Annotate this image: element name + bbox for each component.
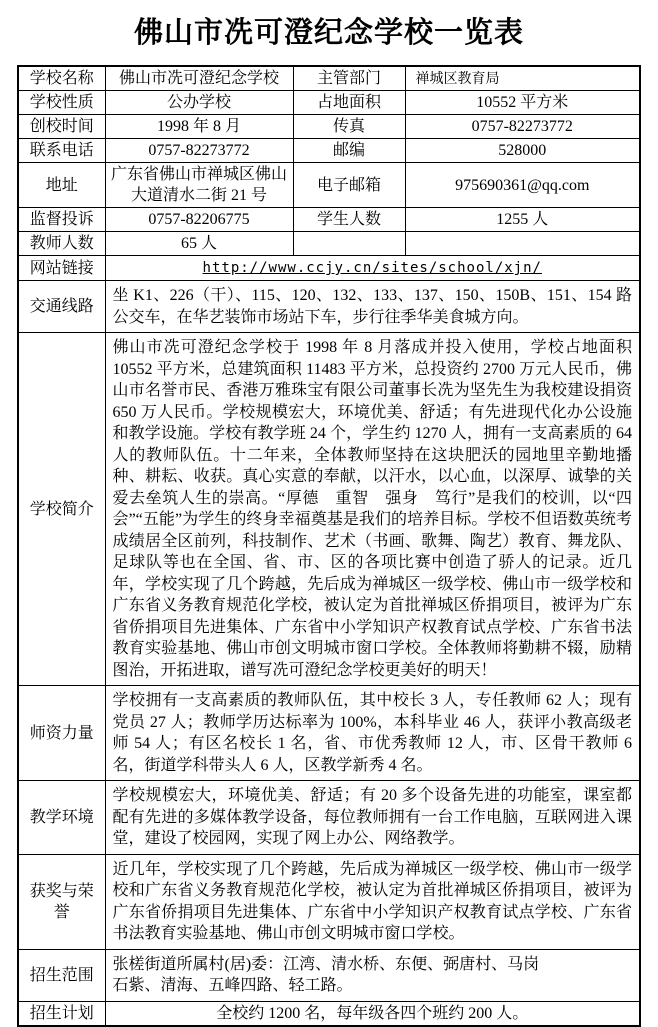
row-value: 佛山市冼可澄纪念学校 (105, 66, 293, 91)
section-text-transport: 坐 K1、226（干）、115、120、132、133、137、150、150B… (105, 281, 640, 333)
row-label: 学校性质 (18, 91, 105, 115)
page-title: 佛山市冼可澄纪念学校一览表 (0, 10, 658, 51)
row-value: 10552 平方米 (405, 91, 640, 115)
row-value-department: 禅城区教育局 (405, 66, 640, 91)
table-row-teachers: 教师人数 65 人 (18, 232, 640, 256)
website-link[interactable]: http://www.ccjy.cn/sites/school/xjn/ (203, 260, 542, 276)
row-value: 528000 (405, 139, 640, 163)
row-label: 创校时间 (18, 115, 105, 139)
table-row-transport: 交通线路 坐 K1、226（干）、115、120、132、133、137、150… (18, 281, 640, 333)
row-label: 学校名称 (18, 66, 105, 91)
row-label: 交通线路 (18, 281, 105, 333)
row-value (405, 232, 640, 256)
row-value: 1255 人 (405, 208, 640, 232)
row-value: 公办学校 (105, 91, 293, 115)
table-row-complaints: 监督投诉 0757-82206775 学生人数 1255 人 (18, 208, 640, 232)
section-text-enrollment-plan: 全校约 1200 名，每年级各四个班约 200 人。 (105, 1001, 640, 1026)
row-value: 广东省佛山市禅城区佛山大道清水二街 21 号 (105, 163, 293, 208)
table-row-school-intro: 学校简介 佛山市冼可澄纪念学校于 1998 年 8 月落成并投入使用，学校占地面… (18, 333, 640, 686)
section-text-awards: 近几年，学校实现了几个跨越，先后成为禅城区一级学校、佛山市一级学校和广东省义务教… (105, 854, 640, 949)
row-label: 学生人数 (293, 208, 405, 232)
row-label: 网站链接 (18, 256, 105, 281)
table-row-enrollment-area: 招生范围 张槎街道所属村(居)委：江湾、清水桥、东便、弼唐村、马岗 石紫、清海、… (18, 949, 640, 1001)
section-text-enrollment-area: 张槎街道所属村(居)委：江湾、清水桥、东便、弼唐村、马岗 石紫、清海、五峰四路、… (105, 949, 640, 1001)
table-row-awards: 获奖与荣誉 近几年，学校实现了几个跨越，先后成为禅城区一级学校、佛山市一级学校和… (18, 854, 640, 949)
row-label: 电子邮箱 (293, 163, 405, 208)
row-label: 师资力量 (18, 686, 105, 781)
row-label: 教学环境 (18, 781, 105, 855)
row-label: 教师人数 (18, 232, 105, 256)
row-label: 学校简介 (18, 333, 105, 686)
table-row-faculty: 师资力量 学校拥有一支高素质的教师队伍，其中校长 3 人，专任教师 62 人；现… (18, 686, 640, 781)
row-label: 获奖与荣誉 (18, 854, 105, 949)
row-value: 0757-82273772 (105, 139, 293, 163)
section-text-school-intro: 佛山市冼可澄纪念学校于 1998 年 8 月落成并投入使用，学校占地面积 105… (105, 333, 640, 686)
row-label: 监督投诉 (18, 208, 105, 232)
row-label: 招生计划 (18, 1001, 105, 1026)
row-value: 0757-82206775 (105, 208, 293, 232)
section-text-faculty: 学校拥有一支高素质的教师队伍，其中校长 3 人，专任教师 62 人；现有党员 2… (105, 686, 640, 781)
table-row-address: 地址 广东省佛山市禅城区佛山大道清水二街 21 号 电子邮箱 975690361… (18, 163, 640, 208)
row-label: 主管部门 (293, 66, 405, 91)
row-label: 传真 (293, 115, 405, 139)
table-row-phone: 联系电话 0757-82273772 邮编 528000 (18, 139, 640, 163)
website-cell: http://www.ccjy.cn/sites/school/xjn/ (105, 256, 640, 281)
section-text-environment: 学校规模宏大，环境优美、舒适；有 20 多个设备先进的功能室，课室都配有先进的多… (105, 781, 640, 855)
row-value: 975690361@qq.com (405, 163, 640, 208)
row-value: 1998 年 8 月 (105, 115, 293, 139)
table-row-website: 网站链接 http://www.ccjy.cn/sites/school/xjn… (18, 256, 640, 281)
row-value: 0757-82273772 (405, 115, 640, 139)
row-label: 联系电话 (18, 139, 105, 163)
table-row-school-name: 学校名称 佛山市冼可澄纪念学校 主管部门 禅城区教育局 (18, 66, 640, 91)
row-label: 占地面积 (293, 91, 405, 115)
table-row-founded: 创校时间 1998 年 8 月 传真 0757-82273772 (18, 115, 640, 139)
document-page: 佛山市冼可澄纪念学校一览表 学校名称 佛山市冼可澄纪念学校 主管部门 禅城区教育… (0, 0, 658, 1027)
table-row-school-type: 学校性质 公办学校 占地面积 10552 平方米 (18, 91, 640, 115)
school-info-table: 学校名称 佛山市冼可澄纪念学校 主管部门 禅城区教育局 学校性质 公办学校 占地… (17, 65, 641, 1027)
row-value: 65 人 (105, 232, 293, 256)
row-label: 招生范围 (18, 949, 105, 1001)
row-label (293, 232, 405, 256)
row-label: 邮编 (293, 139, 405, 163)
row-label: 地址 (18, 163, 105, 208)
table-row-enrollment-plan: 招生计划 全校约 1200 名，每年级各四个班约 200 人。 (18, 1001, 640, 1026)
table-row-environment: 教学环境 学校规模宏大，环境优美、舒适；有 20 多个设备先进的功能室，课室都配… (18, 781, 640, 855)
